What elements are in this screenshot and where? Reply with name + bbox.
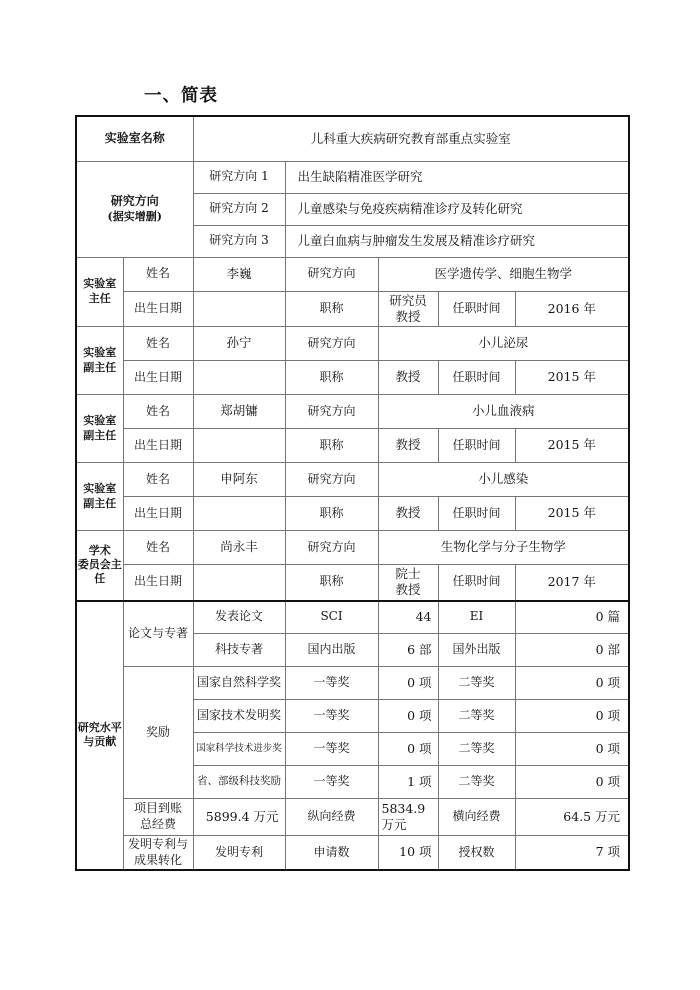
member-name-value: 郑胡镛 <box>193 395 285 429</box>
member-tenure-label: 任职时间 <box>438 497 515 531</box>
output-row-label: 国家科学技术进步奖 <box>193 733 285 766</box>
member-birth-row: 出生日期 职称 研究员 教授 任职时间 2016 年 <box>76 291 629 327</box>
member-title-value: 教授 <box>378 429 438 463</box>
member-title-value: 教授 <box>378 497 438 531</box>
funding-row: 项目到账 总经费 5899.4 万元 纵向经费 5834.9 万元 横向经费 6… <box>76 799 629 836</box>
member-birth-value <box>193 429 285 463</box>
output-key1: 一等奖 <box>285 733 378 766</box>
member-tenure-label: 任职时间 <box>438 291 515 327</box>
output-value1: 6 部 <box>378 634 438 667</box>
member-birth-value <box>193 361 285 395</box>
direction-value: 出生缺陷精准医学研究 <box>285 161 629 193</box>
member-role: 实验室 主任 <box>76 257 123 327</box>
funding-label: 项目到账 总经费 <box>123 799 193 836</box>
member-tenure-value: 2015 年 <box>515 361 629 395</box>
output-key2: 二等奖 <box>438 766 515 799</box>
patents-row: 发明专利与 成果转化 发明专利 申请数 10 项 授权数 7 项 <box>76 836 629 871</box>
section-title: 一、简表 <box>144 82 218 107</box>
award-row: 奖励 国家自然科学奖 一等奖 0 项 二等奖 0 项 <box>76 667 629 700</box>
member-name-row: 学术 委员会主 任 姓名 尚永丰 研究方向 生物化学与分子生物学 <box>76 531 629 565</box>
output-key1: 一等奖 <box>285 667 378 700</box>
output-value2: 0 部 <box>515 634 629 667</box>
output-key1: 一等奖 <box>285 766 378 799</box>
output-key2: 横向经费 <box>438 799 515 836</box>
funding-total: 5899.4 万元 <box>193 799 285 836</box>
output-row-label: 省、部级科技奖励 <box>193 766 285 799</box>
member-name-label: 姓名 <box>123 327 193 361</box>
output-value1: 1 项 <box>378 766 438 799</box>
member-tenure-value: 2017 年 <box>515 565 629 601</box>
member-title-label: 职称 <box>285 291 378 327</box>
member-role: 实验室 副主任 <box>76 463 123 531</box>
member-direction-value: 医学遗传学、细胞生物学 <box>378 257 629 291</box>
output-value1: 10 项 <box>378 836 438 871</box>
output-key1: 申请数 <box>285 836 378 871</box>
output-key2: EI <box>438 601 515 634</box>
member-direction-label: 研究方向 <box>285 327 378 361</box>
directions-header: 研究方向 (据实增删) <box>76 161 193 257</box>
patents-sub-label: 发明专利 <box>193 836 285 871</box>
member-title-label: 职称 <box>285 497 378 531</box>
member-name-row: 实验室 副主任 姓名 郑胡镛 研究方向 小儿血液病 <box>76 395 629 429</box>
output-key1: 纵向经费 <box>285 799 378 836</box>
member-direction-label: 研究方向 <box>285 463 378 497</box>
direction-label: 研究方向 2 <box>193 193 285 225</box>
member-birth-value <box>193 565 285 601</box>
output-row-label: 科技专著 <box>193 634 285 667</box>
member-tenure-label: 任职时间 <box>438 565 515 601</box>
member-name-label: 姓名 <box>123 531 193 565</box>
member-title-label: 职称 <box>285 429 378 463</box>
direction-value: 儿童白血病与肿瘤发生发展及精准诊疗研究 <box>285 225 629 257</box>
member-role: 实验室 副主任 <box>76 327 123 395</box>
output-key1: SCI <box>285 601 378 634</box>
member-tenure-label: 任职时间 <box>438 429 515 463</box>
directions-note: (据实增删) <box>79 210 191 224</box>
output-key2: 授权数 <box>438 836 515 871</box>
direction-label: 研究方向 3 <box>193 225 285 257</box>
member-name-label: 姓名 <box>123 463 193 497</box>
member-title-value: 教授 <box>378 361 438 395</box>
member-name-value: 尚永丰 <box>193 531 285 565</box>
output-key2: 二等奖 <box>438 700 515 733</box>
output-key2: 二等奖 <box>438 733 515 766</box>
member-name-row: 实验室 主任 姓名 李巍 研究方向 医学遗传学、细胞生物学 <box>76 257 629 291</box>
member-tenure-label: 任职时间 <box>438 361 515 395</box>
output-value2: 0 项 <box>515 733 629 766</box>
output-row-label: 发表论文 <box>193 601 285 634</box>
member-title-label: 职称 <box>285 565 378 601</box>
output-value1: 5834.9 万元 <box>378 799 438 836</box>
member-role: 实验室 副主任 <box>76 395 123 463</box>
papers-row: 研究水平 与贡献 论文与专著 发表论文 SCI 44 EI 0 篇 <box>76 601 629 634</box>
direction-value: 儿童感染与免疫疾病精准诊疗及转化研究 <box>285 193 629 225</box>
member-title-label: 职称 <box>285 361 378 395</box>
member-title-value: 研究员 教授 <box>378 291 438 327</box>
output-key2: 国外出版 <box>438 634 515 667</box>
output-value2: 7 项 <box>515 836 629 871</box>
output-row-label: 国家技术发明奖 <box>193 700 285 733</box>
member-tenure-value: 2016 年 <box>515 291 629 327</box>
output-value2: 64.5 万元 <box>515 799 629 836</box>
member-birth-row: 出生日期 职称 教授 任职时间 2015 年 <box>76 429 629 463</box>
member-role: 学术 委员会主 任 <box>76 531 123 601</box>
member-name-label: 姓名 <box>123 257 193 291</box>
output-value2: 0 篇 <box>515 601 629 634</box>
member-direction-value: 小儿泌尿 <box>378 327 629 361</box>
member-name-label: 姓名 <box>123 395 193 429</box>
lab-name-value: 儿科重大疾病研究教育部重点实验室 <box>193 116 629 161</box>
output-value1: 0 项 <box>378 667 438 700</box>
member-name-row: 实验室 副主任 姓名 申阿东 研究方向 小儿感染 <box>76 463 629 497</box>
lab-name-row: 实验室名称 儿科重大疾病研究教育部重点实验室 <box>76 116 629 161</box>
member-name-value: 李巍 <box>193 257 285 291</box>
member-tenure-value: 2015 年 <box>515 429 629 463</box>
output-key1: 一等奖 <box>285 700 378 733</box>
member-direction-label: 研究方向 <box>285 257 378 291</box>
member-birth-row: 出生日期 职称 院士 教授 任职时间 2017 年 <box>76 565 629 601</box>
member-direction-label: 研究方向 <box>285 531 378 565</box>
member-name-value: 申阿东 <box>193 463 285 497</box>
output-value1: 44 <box>378 601 438 634</box>
papers-group-label: 论文与专著 <box>123 601 193 667</box>
lab-name-label: 实验室名称 <box>76 116 193 161</box>
output-row-label: 国家自然科学奖 <box>193 667 285 700</box>
output-value1: 0 项 <box>378 700 438 733</box>
awards-group-label: 奖励 <box>123 667 193 799</box>
member-birth-label: 出生日期 <box>123 291 193 327</box>
member-birth-value <box>193 497 285 531</box>
document-page: 一、简表 实验室名称 儿科重大疾病研究教育部重点实验室 研究方向 (据实增删) … <box>0 0 700 990</box>
output-key1: 国内出版 <box>285 634 378 667</box>
member-name-value: 孙宁 <box>193 327 285 361</box>
output-value2: 0 项 <box>515 667 629 700</box>
member-birth-value <box>193 291 285 327</box>
member-direction-value: 小儿血液病 <box>378 395 629 429</box>
member-birth-row: 出生日期 职称 教授 任职时间 2015 年 <box>76 361 629 395</box>
output-value2: 0 项 <box>515 766 629 799</box>
member-title-value: 院士 教授 <box>378 565 438 601</box>
output-value1: 0 项 <box>378 733 438 766</box>
direction-row-1: 研究方向 (据实增删) 研究方向 1 出生缺陷精准医学研究 <box>76 161 629 193</box>
member-name-row: 实验室 副主任 姓名 孙宁 研究方向 小儿泌尿 <box>76 327 629 361</box>
member-direction-value: 小儿感染 <box>378 463 629 497</box>
member-birth-label: 出生日期 <box>123 497 193 531</box>
output-value2: 0 项 <box>515 700 629 733</box>
member-birth-row: 出生日期 职称 教授 任职时间 2015 年 <box>76 497 629 531</box>
output-section-label: 研究水平 与贡献 <box>76 601 123 871</box>
direction-label: 研究方向 1 <box>193 161 285 193</box>
member-direction-label: 研究方向 <box>285 395 378 429</box>
member-direction-value: 生物化学与分子生物学 <box>378 531 629 565</box>
member-birth-label: 出生日期 <box>123 565 193 601</box>
member-birth-label: 出生日期 <box>123 361 193 395</box>
patents-label: 发明专利与 成果转化 <box>123 836 193 871</box>
directions-label: 研究方向 <box>79 194 191 210</box>
summary-table: 实验室名称 儿科重大疾病研究教育部重点实验室 研究方向 (据实增删) 研究方向 … <box>75 115 630 871</box>
output-key2: 二等奖 <box>438 667 515 700</box>
member-birth-label: 出生日期 <box>123 429 193 463</box>
member-tenure-value: 2015 年 <box>515 497 629 531</box>
